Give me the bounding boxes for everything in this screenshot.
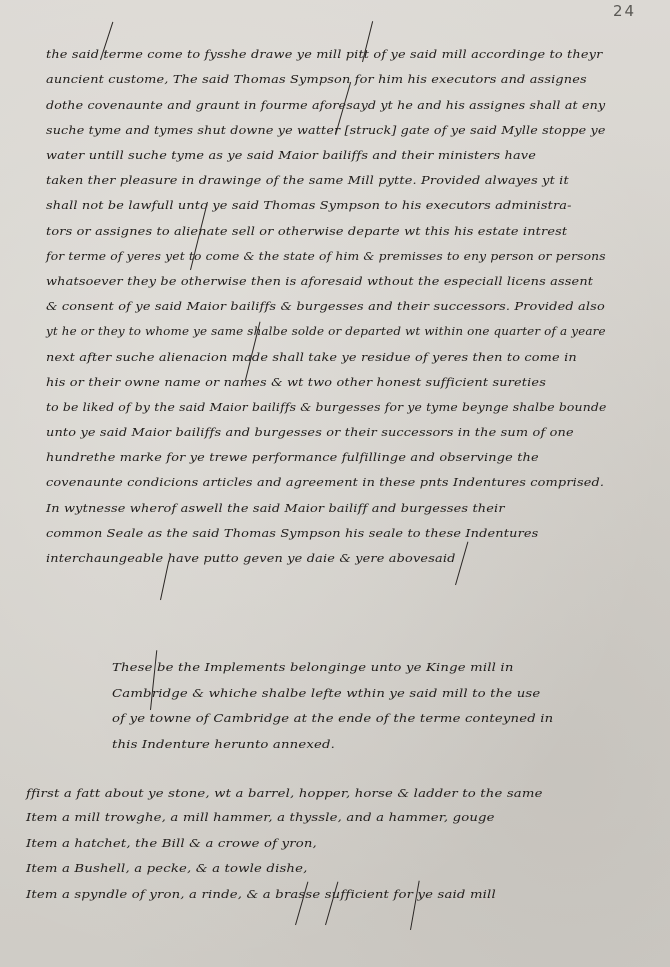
text-line: These be the Implements belonginge unto … (112, 660, 514, 674)
text-line: In wytnesse wherof aswell the said Maior… (46, 502, 505, 515)
descender-stroke (455, 542, 469, 586)
descender-stroke (160, 561, 170, 600)
text-line: to be liked of by the said Maior bailiff… (46, 401, 606, 414)
text-line: next after suche alienacion made shall t… (46, 351, 577, 364)
text-line: suche tyme and tymes shut downe ye watte… (46, 124, 606, 137)
inventory-item: Item a hatchet, the Bill & a crowe of yr… (26, 836, 317, 850)
text-line: of ye towne of Cambridge at the ende of … (112, 711, 553, 725)
text-line: hundrethe marke for ye trewe performance… (46, 451, 539, 464)
text-line: his or their owne name or names & wt two… (46, 376, 546, 389)
text-line: interchaungeable have putto geven ye dai… (46, 552, 456, 565)
text-line: dothe covenaunte and graunt in fourme af… (46, 99, 605, 112)
text-line: for terme of yeres yet to come & the sta… (46, 250, 606, 263)
text-line: & consent of ye said Maior bailiffs & bu… (46, 300, 605, 313)
text-line: this Indenture herunto annexed. (112, 737, 335, 751)
text-line: unto ye said Maior bailiffs and burgesse… (46, 426, 574, 439)
text-line: covenaunte condicions articles and agree… (46, 476, 604, 489)
text-line: yt he or they to whome ye same shalbe so… (46, 325, 606, 338)
inventory-item: Item a spyndle of yron, a rinde, & a bra… (26, 887, 496, 901)
text-line: auncient custome, The said Thomas Sympso… (46, 73, 587, 86)
inventory-item: ffirst a fatt about ye stone, wt a barre… (26, 786, 543, 800)
text-line: taken ther pleasure in drawinge of the s… (46, 174, 569, 187)
text-line: shall not be lawfull unto ye said Thomas… (46, 199, 572, 212)
text-line: whatsoever they be otherwise then is afo… (46, 275, 593, 288)
text-line: the said terme come to fysshe drawe ye m… (46, 48, 602, 61)
text-line: water untill suche tyme as ye said Maior… (46, 149, 536, 162)
text-line: tors or assignes to alienate sell or oth… (46, 225, 567, 238)
text-line: Cambridge & whiche shalbe lefte wthin ye… (112, 686, 540, 700)
manuscript-page: 24 the said terme come to fysshe drawe y… (0, 0, 670, 967)
inventory-item: Item a mill trowghe, a mill hammer, a th… (26, 810, 495, 824)
folio-number: 24 (613, 2, 636, 20)
inventory-item: Item a Bushell, a pecke, & a towle dishe… (26, 861, 307, 875)
text-line: common Seale as the said Thomas Sympson … (46, 527, 538, 540)
